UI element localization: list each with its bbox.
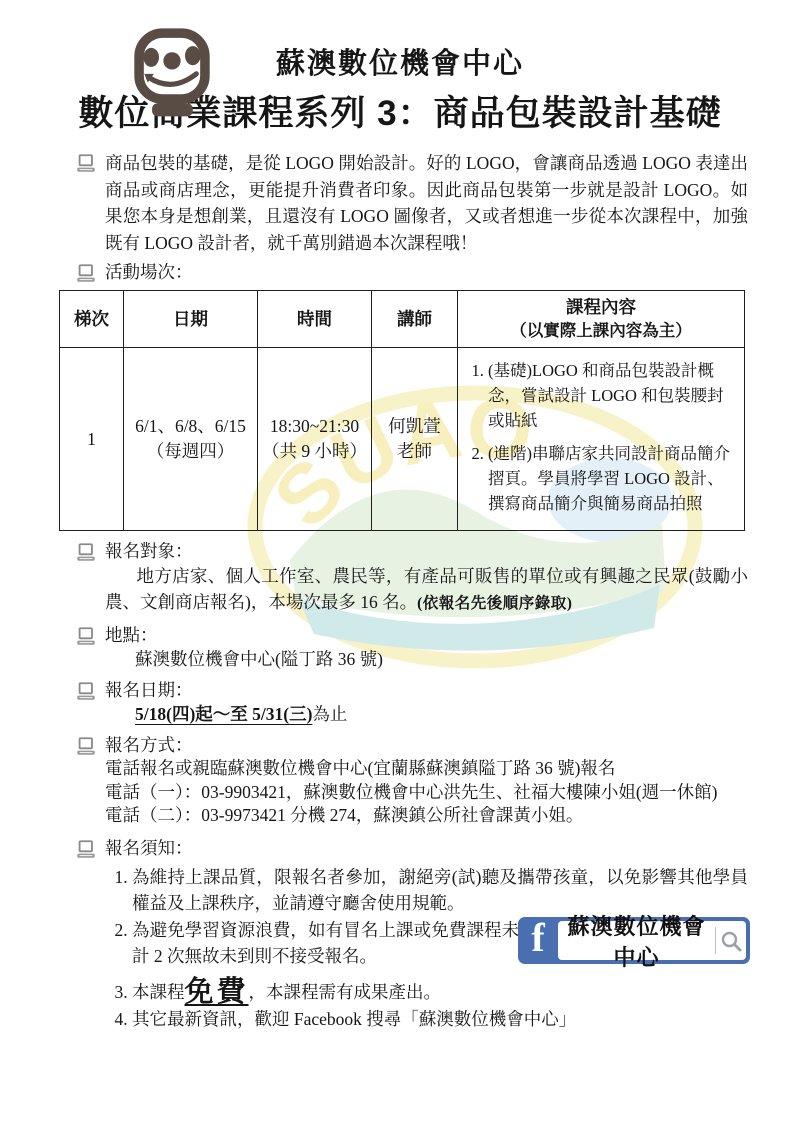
course-title: 數位商業課程系列 3：商品包裝設計基礎	[0, 92, 800, 136]
registration-method-heading: 報名方式：	[105, 733, 748, 757]
cell-session: 1	[60, 348, 124, 531]
registration-date-section: 報名日期： 5/18(四)起～至 5/31(三)為止	[75, 678, 748, 727]
facebook-search-banner[interactable]: f 蘇澳數位機會中心	[518, 917, 750, 964]
computer-icon	[75, 682, 97, 701]
table-header-row: 梯次 日期 時間 講師 課程內容 （以實際上課內容為主）	[60, 291, 745, 348]
content-item: (基礎)LOGO 和商品包裝設計概念，嘗試設計 LOGO 和包裝腰封或貼紙	[488, 358, 738, 433]
col-header-session: 梯次	[60, 291, 124, 348]
note-item-1: 為維持上課品質，限報名者參加，謝絕旁(試)聽及攜帶孩童，以免影響其他學員權益及上…	[132, 864, 748, 916]
method-line-phone1: 電話（一）：03-9903421，蘇澳數位機會中心洪先生、社福大樓陳小姐(週一休…	[105, 781, 748, 805]
computer-icon	[75, 840, 97, 859]
sessions-section: 活動場次：	[75, 260, 748, 284]
location-heading: 地點：	[105, 623, 748, 647]
registration-method-section: 報名方式： 電話報名或親臨蘇澳數位機會中心(宜蘭縣蘇澳鎮隘丁路 36 號)報名 …	[75, 733, 748, 828]
facebook-page-name: 蘇澳數位機會中心	[558, 910, 715, 972]
location-section: 地點： 蘇澳數位機會中心(隘丁路 36 號)	[75, 623, 748, 672]
registration-date-line: 5/18(四)起～至 5/31(三)為止	[135, 702, 748, 727]
free-of-charge-highlight: 免費	[185, 976, 249, 1008]
cell-time: 18:30~21:30 （共 9 小時）	[258, 348, 372, 531]
col-header-time: 時間	[258, 291, 372, 348]
audience-section: 報名對象： 地方店家、個人工作室、農民等，有產品可販售的單位或有興趣之民眾(鼓勵…	[75, 539, 748, 617]
facebook-search-field[interactable]: 蘇澳數位機會中心	[558, 921, 746, 960]
computer-icon	[75, 543, 97, 562]
table-row: 1 6/1、6/8、6/15 （每週四） 18:30~21:30 （共 9 小時…	[60, 348, 745, 531]
flyer-page: SUAO 蘇澳數位機會中心 數位商業課程系列 3：商品包裝設計基礎	[0, 0, 800, 1131]
note-item-4: 其它最新資訊，歡迎 Facebook 搜尋「蘇澳數位機會中心」	[132, 1006, 748, 1032]
computer-icon	[75, 264, 97, 283]
audience-paragraph: 地方店家、個人工作室、農民等，有產品可販售的單位或有興趣之民眾(鼓勵小農、文創商…	[105, 563, 748, 617]
magnifier-icon[interactable]	[716, 930, 746, 952]
method-line-phone2: 電話（二）：03-9973421 分機 274，蘇澳鎮公所社會課黃小姐。	[105, 804, 748, 828]
org-name-title: 蘇澳數位機會中心	[0, 0, 800, 82]
note-item-3: 本課程免費，本課程需有成果產出。	[132, 979, 748, 1005]
notes-heading: 報名須知：	[105, 836, 748, 860]
cell-date: 6/1、6/8、6/15 （每週四）	[124, 348, 258, 531]
audience-bold-note: (依報名先後順序錄取)	[417, 595, 572, 612]
intro-paragraph: 商品包裝的基礎，是從 LOGO 開始設計。好的 LOGO，會讓商品透過 LOGO…	[105, 150, 748, 256]
cell-instructor: 何凱萱 老師	[372, 348, 458, 531]
location-text: 蘇澳數位機會中心(隘丁路 36 號)	[135, 647, 748, 672]
cell-content: (基礎)LOGO 和商品包裝設計概念，嘗試設計 LOGO 和包裝腰封或貼紙 (進…	[458, 348, 745, 531]
audience-heading: 報名對象：	[105, 539, 748, 563]
content-item: (進階)串聯店家共同設計商品簡介摺頁。學員將學習 LOGO 設計、撰寫商品簡介與…	[488, 441, 738, 516]
header: 蘇澳數位機會中心 數位商業課程系列 3：商品包裝設計基礎	[0, 0, 800, 136]
facebook-f-icon: f	[518, 917, 558, 964]
computer-icon	[75, 737, 97, 756]
registration-date-heading: 報名日期：	[105, 678, 748, 702]
computer-icon	[75, 154, 97, 173]
col-header-date: 日期	[124, 291, 258, 348]
registration-period-suffix: 為止	[312, 704, 347, 724]
method-line-visit: 電話報名或親臨蘇澳數位機會中心(宜蘭縣蘇澳鎮隘丁路 36 號)報名	[105, 757, 748, 781]
doc-smiley-logo-icon	[133, 28, 211, 118]
computer-icon	[75, 627, 97, 646]
col-header-content: 課程內容 （以實際上課內容為主）	[458, 291, 745, 348]
sessions-heading: 活動場次：	[105, 260, 748, 284]
intro-section: 商品包裝的基礎，是從 LOGO 開始設計。好的 LOGO，會讓商品透過 LOGO…	[75, 150, 748, 256]
col-header-instructor: 講師	[372, 291, 458, 348]
sessions-table: 梯次 日期 時間 講師 課程內容 （以實際上課內容為主） 1 6/1、6/8、6…	[59, 290, 745, 531]
registration-period: 5/18(四)起～至 5/31(三)	[135, 704, 312, 724]
